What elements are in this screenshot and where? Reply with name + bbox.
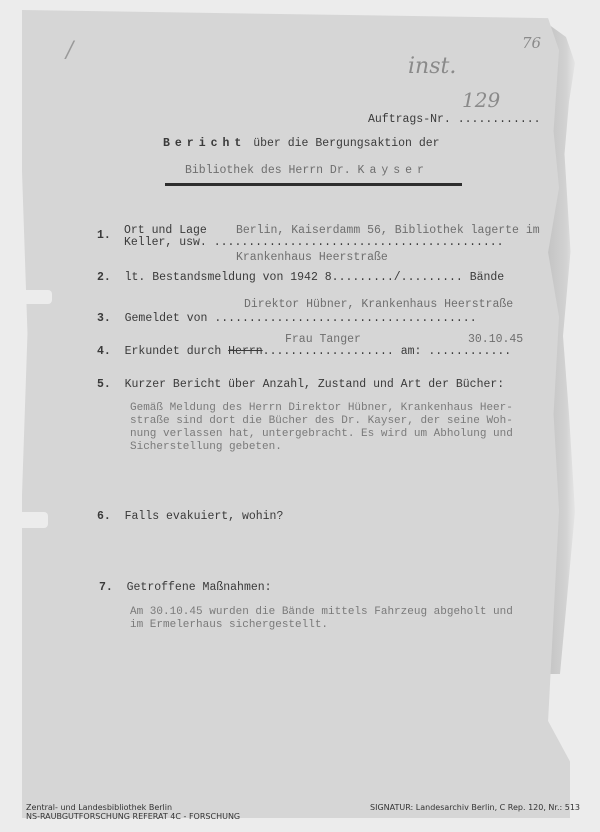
item-1-label-line2: Keller, usw. ...........................… <box>124 236 504 249</box>
item-2: 2. lt. Bestandsmeldung von 1942 8.......… <box>97 271 504 284</box>
item-4: 4. Erkundet durch Herrn.................… <box>97 345 511 358</box>
punch-hole-bottom <box>10 512 48 528</box>
item-5-heading: 5. Kurzer Bericht über Anzahl, Zustand u… <box>97 378 504 391</box>
item-3-value: Direktor Hübner, Krankenhaus Heerstraße <box>244 298 513 311</box>
item-3: 3. Gemeldet von ........................… <box>97 312 477 325</box>
handwritten-order-number: 129 <box>462 88 500 112</box>
handwritten-page-number: 76 <box>522 34 541 52</box>
item-6: 6. Falls evakuiert, wohin? <box>97 510 283 523</box>
title-rest: über die Bergungsaktion der <box>253 137 439 150</box>
footer-signature: SIGNATUR: Landesarchiv Berlin, C Rep. 12… <box>370 803 580 812</box>
item-5-body: Gemäß Meldung des Herrn Direktor Hübner,… <box>130 402 513 454</box>
item-1-value-line2: Krankenhaus Heerstraße <box>236 251 388 264</box>
document-subtitle: Bibliothek des Herrn Dr. Kayser <box>185 164 429 177</box>
item-7-heading: 7. Getroffene Maßnahmen: <box>99 581 272 594</box>
punch-hole-top <box>16 290 52 304</box>
struck-text: Herrn <box>228 345 263 358</box>
handwritten-note: inst. <box>408 54 456 79</box>
item-7-body: Am 30.10.45 wurden die Bände mittels Fah… <box>130 606 513 632</box>
handwritten-slash: / <box>66 38 73 63</box>
title-underline <box>165 183 462 186</box>
footer-institution: Zentral- und Landesbibliothek Berlin NS-… <box>26 803 240 821</box>
item-1-number: 1. <box>97 229 111 242</box>
item-1-value-line1: Berlin, Kaiserdamm 56, Bibliothek lagert… <box>236 224 540 237</box>
document-title: Bericht über die Bergungsaktion der <box>163 137 440 150</box>
title-word: Bericht <box>163 137 246 150</box>
order-number-label: Auftrags-Nr. ............ <box>368 113 541 126</box>
